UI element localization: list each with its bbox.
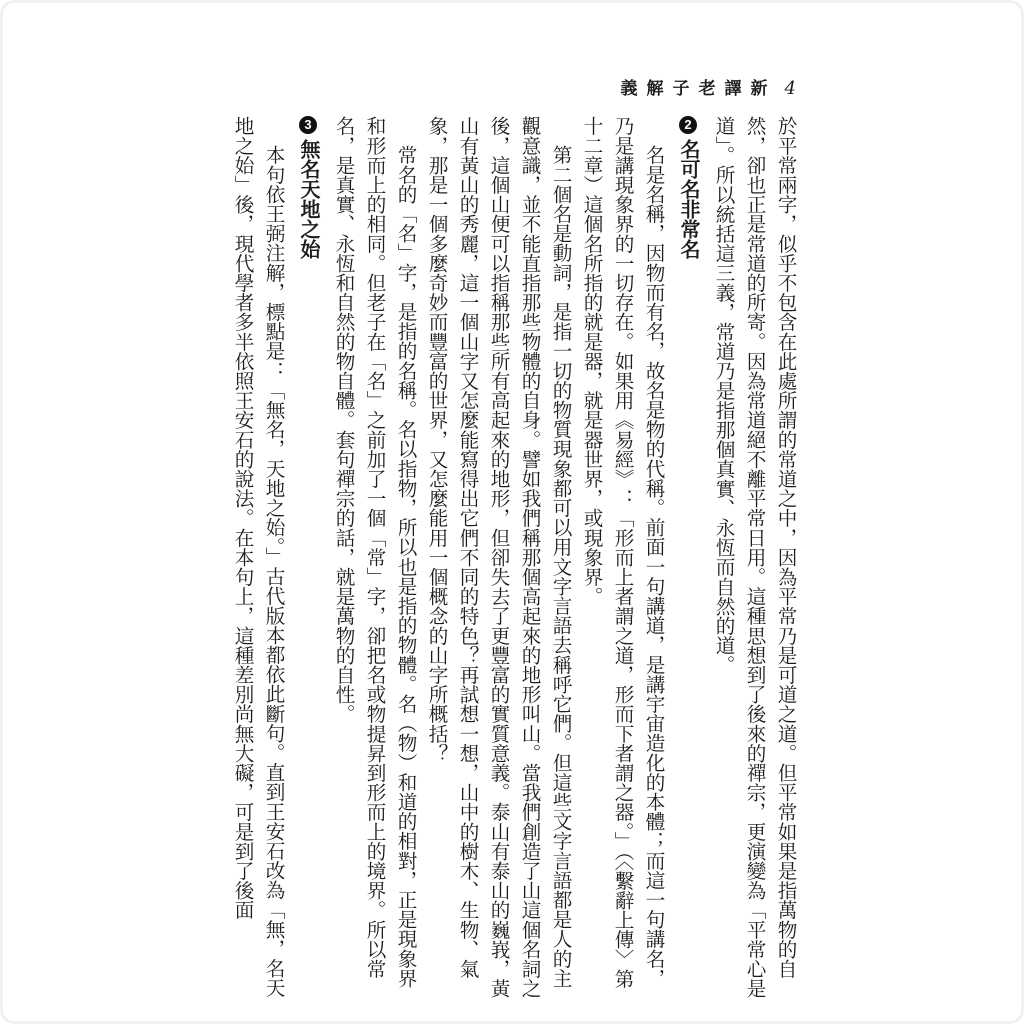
running-header: 義解子老譯新 4 [621,74,796,99]
paragraph: 第二個名是動詞，是指一切的物質現象都可以用文字言語去稱呼它們。但這些文字言語都是… [420,116,575,1004]
section-heading-text: 無名天地之始 [297,139,319,259]
section-heading-text: 名可名非常名 [677,139,699,259]
paragraph: 名是名稱，因物而有名，故名是物的代稱。前面一句講道，是講宇宙造化的本體；而這一句… [575,116,668,1004]
book-page: 義解子老譯新 4 於平常兩字，似乎不包含在此處所謂的常道之中，因為平常乃是可道之… [0,0,1024,1024]
page-number: 4 [785,78,796,99]
section-number-badge: 2 [679,116,697,134]
paragraph: 本句依王弼注解，標點是：「無名，天地之始。」古代版本都依此斷句。直到王安石改為「… [226,116,288,1004]
book-title-rtl: 義解子老譯新 [621,74,777,99]
page-body: 於平常兩字，似乎不包含在此處所謂的常道之中，因為平常乃是可道之道。但平常如果是指… [220,116,800,1004]
paragraph: 常名的「名」字，是指的名稱。名以指物，所以也是指的物體。名（物）和道的相對，正是… [327,116,420,1004]
section-number-badge: 3 [299,116,317,134]
section-heading: 3無名天地之始 [292,116,323,1004]
section-heading: 2名可名非常名 [672,116,703,1004]
paragraph: 於平常兩字，似乎不包含在此處所謂的常道之中，因為平常乃是可道之道。但平常如果是指… [707,116,800,1004]
